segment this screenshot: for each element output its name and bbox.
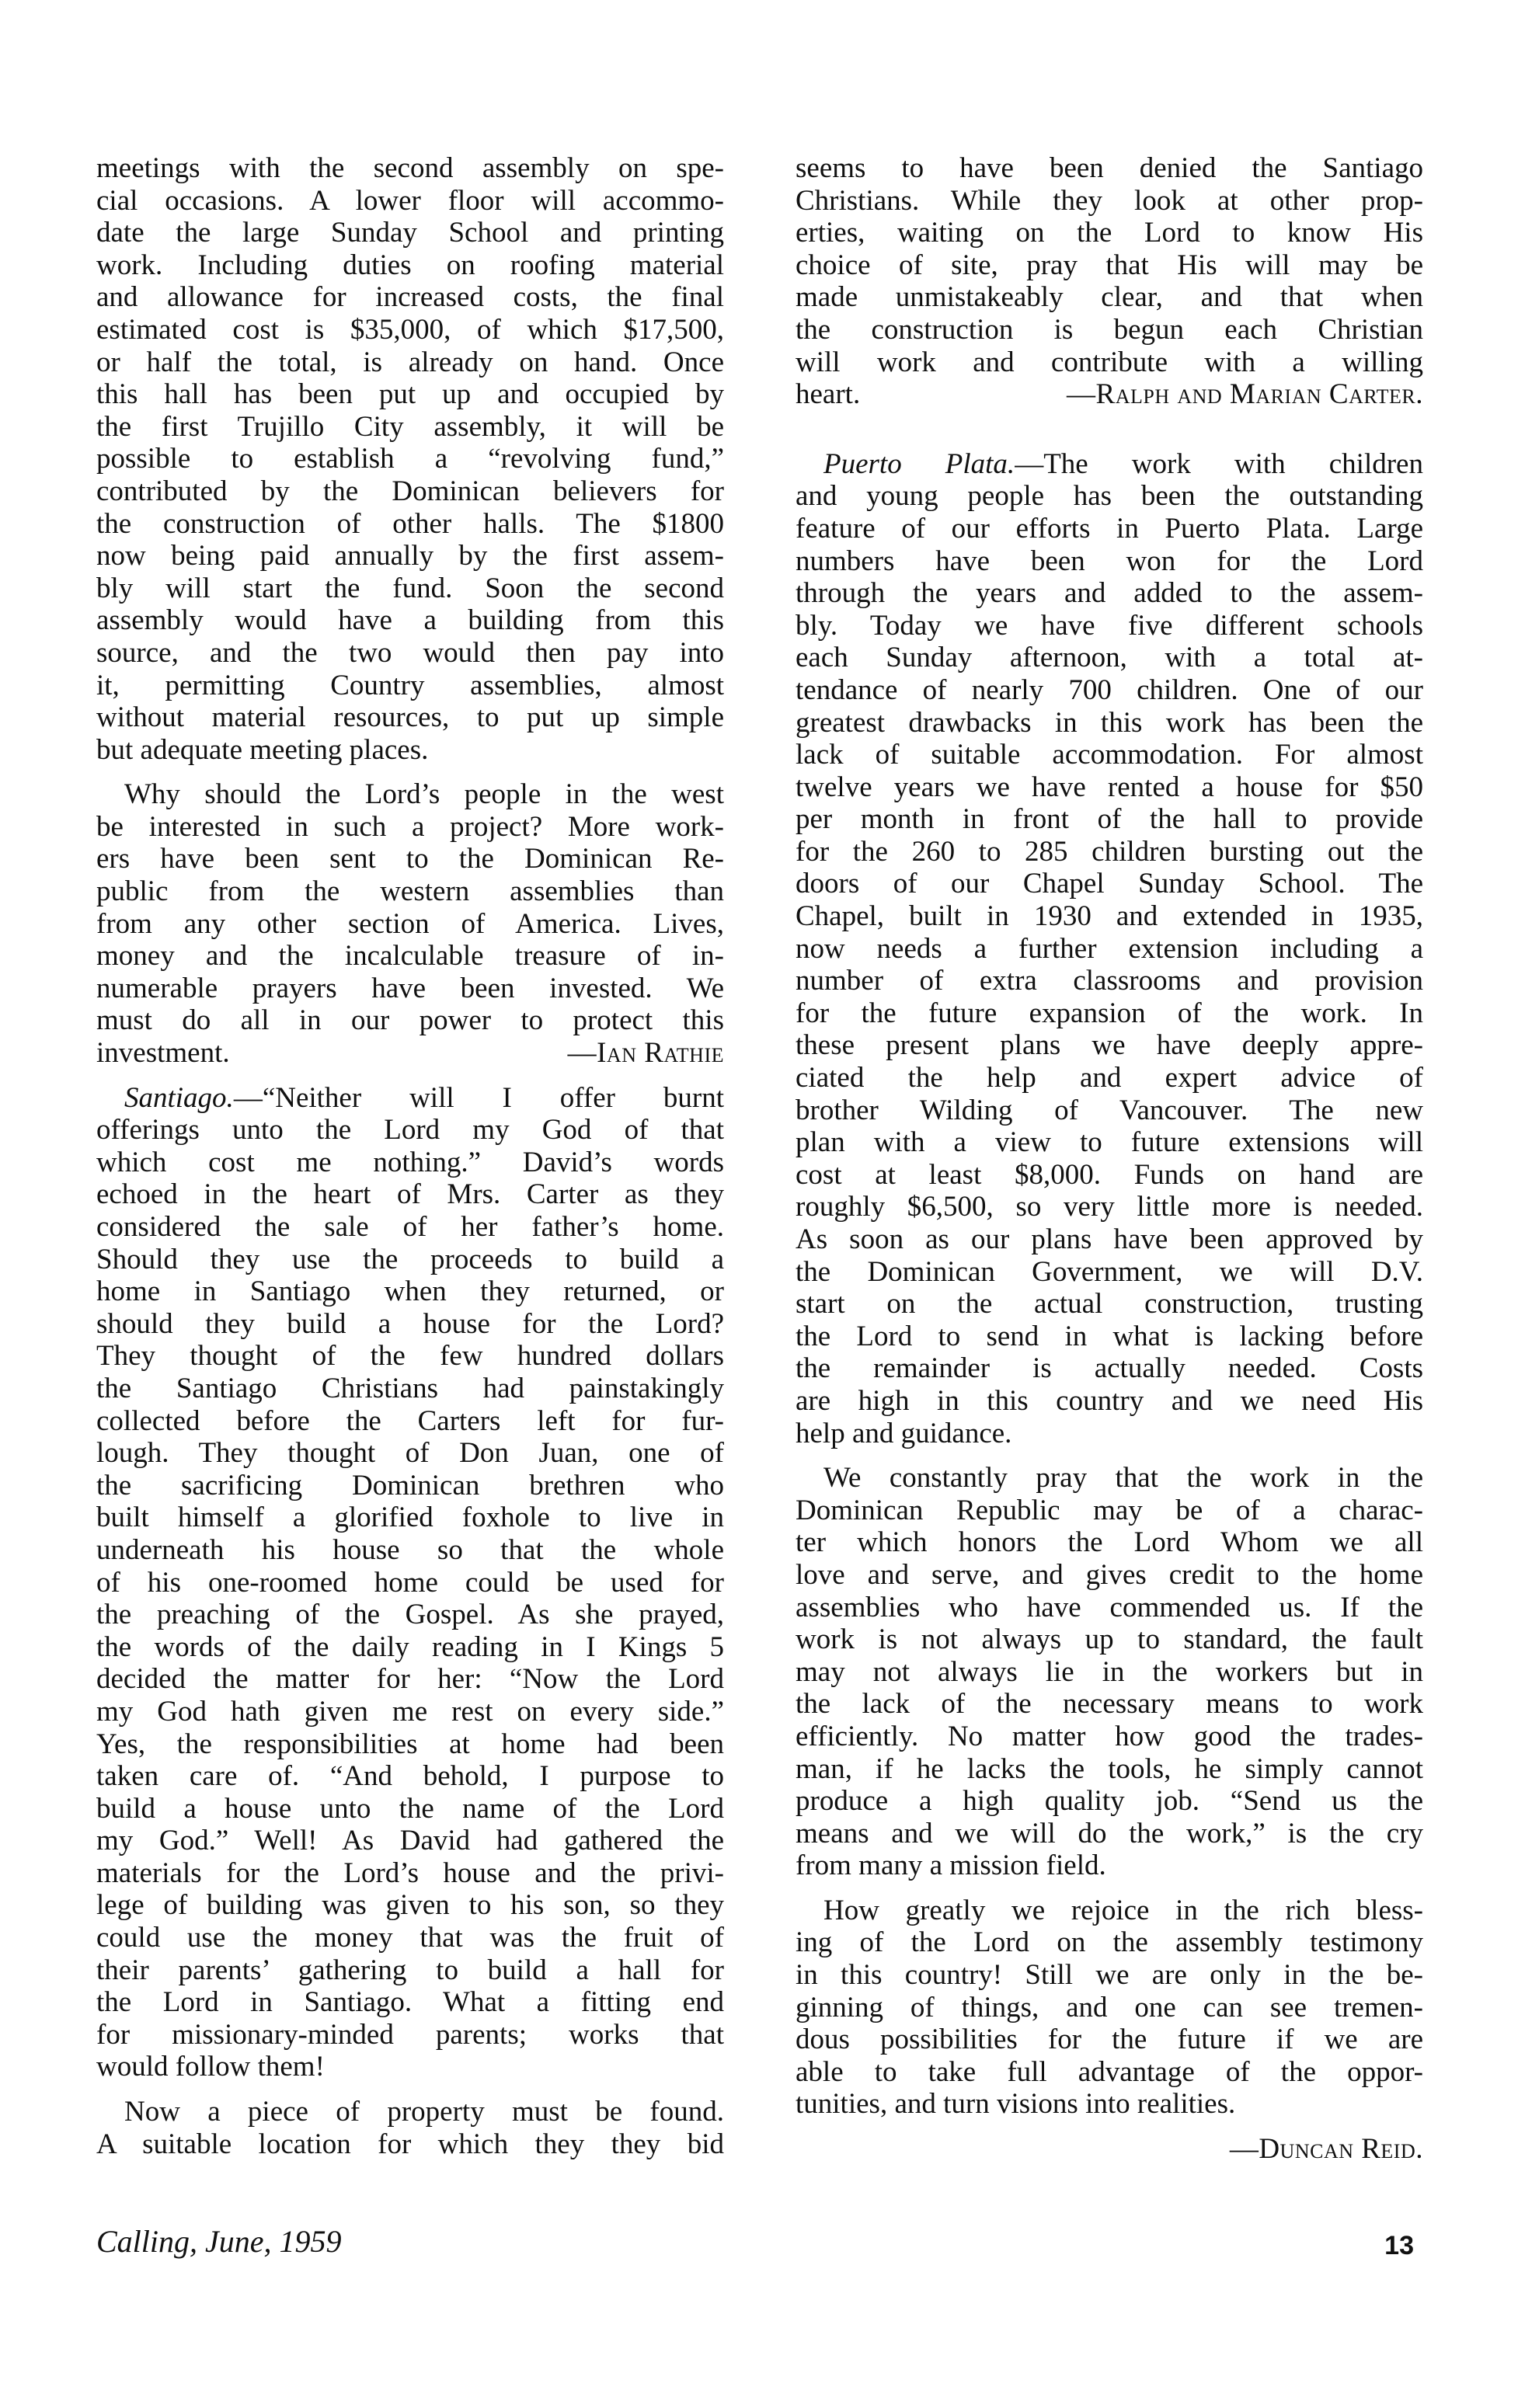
- paragraph-line: ers have been sent to the Dominican Re-: [96, 843, 724, 875]
- paragraph-line: contributed by the Dominican believers f…: [96, 475, 724, 508]
- paragraph-line: Christians. While they look at other pro…: [796, 185, 1423, 217]
- paragraph-gap: [796, 2121, 1423, 2133]
- paragraph-line: As soon as our plans have been approved …: [796, 1223, 1423, 1256]
- paragraph-line: without material resources, to put up si…: [96, 701, 724, 734]
- section-heading: Puerto Plata.: [823, 448, 1015, 480]
- paragraph-line: lack of suitable accommodation. For almo…: [796, 739, 1423, 771]
- paragraph-line: tendance of nearly 700 children. One of …: [796, 674, 1423, 707]
- paragraph-line: cial occasions. A lower floor will accom…: [96, 185, 724, 217]
- paragraph-line: Why should the Lord’s people in the west: [96, 778, 724, 811]
- paragraph-line: assembly would have a building from this: [96, 604, 724, 637]
- paragraph-line: the remainder is actually needed. Costs: [796, 1352, 1423, 1385]
- paragraph-line: erties, waiting on the Lord to know His: [796, 217, 1423, 249]
- paragraph-line: offerings unto the Lord my God of that: [96, 1114, 724, 1147]
- paragraph-line: money and the incalculable treasure of i…: [96, 940, 724, 973]
- section-heading: Santiago.: [124, 1082, 234, 1114]
- paragraph-line: will work and contribute with a willing: [796, 346, 1423, 379]
- section-first-text: —“Neither will I offer burnt: [234, 1082, 724, 1114]
- paragraph-line: now being paid annually by the first ass…: [96, 540, 724, 572]
- paragraph-line: ginning of things, and one can see treme…: [796, 1992, 1423, 2024]
- paragraph-line: the Dominican Government, we will D.V.: [796, 1256, 1423, 1289]
- paragraph-line: the sacrificing Dominican brethren who: [96, 1470, 724, 1502]
- paragraph-line: the Lord in Santiago. What a fitting end: [96, 1986, 724, 2019]
- paragraph-line: must do all in our power to protect this: [96, 1004, 724, 1037]
- paragraph-line: decided the matter for her: “Now the Lor…: [96, 1663, 724, 1696]
- paragraph-line: bly will start the fund. Soon the second: [96, 572, 724, 605]
- paragraph-line: for the future expansion of the work. In: [796, 997, 1423, 1030]
- paragraph-line: and allowance for increased costs, the f…: [96, 281, 724, 314]
- author-signature: —Ralph and Marian Carter.: [1067, 378, 1423, 411]
- paragraph-line: produce a high quality job. “Send us the: [796, 1785, 1423, 1818]
- paragraph-line: per month in front of the hall to provid…: [796, 803, 1423, 836]
- paragraph-line: my God hath given me rest on every side.…: [96, 1696, 724, 1728]
- paragraph-line: numerable prayers have been invested. We: [96, 973, 724, 1005]
- paragraph-line: means and we will do the work,” is the c…: [796, 1818, 1423, 1850]
- paragraph-line: cost at least $8,000. Funds on hand are: [796, 1159, 1423, 1192]
- paragraph-line: public from the western assemblies than: [96, 875, 724, 908]
- paragraph-line: help and guidance.: [796, 1418, 1423, 1450]
- paragraph-line: lege of building was given to his son, s…: [96, 1889, 724, 1922]
- paragraph-line: their parents’ gathering to build a hall…: [96, 1954, 724, 1987]
- paragraph-line: these present plans we have deeply appre…: [796, 1029, 1423, 1062]
- paragraph-line: dous possibilities for the future if we …: [796, 2023, 1423, 2056]
- paragraph-line: could use the money that was the fruit o…: [96, 1922, 724, 1954]
- paragraph-line: tunities, and turn visions into realitie…: [796, 2088, 1423, 2121]
- paragraph-line: now needs a further extension including …: [796, 933, 1423, 966]
- paragraph-end: heart.: [796, 378, 860, 411]
- paragraph-line: each Sunday afternoon, with a total at-: [796, 642, 1423, 674]
- paragraph-line: meetings with the second assembly on spe…: [96, 152, 724, 185]
- paragraph-gap: [96, 766, 724, 778]
- paragraph-line: in this country! Still we are only in th…: [796, 1959, 1423, 1992]
- author-signature: —Ian Rathie: [568, 1037, 724, 1070]
- section-heading-line: Santiago.—“Neither will I offer burnt: [96, 1082, 724, 1115]
- paragraph-line: Chapel, built in 1930 and extended in 19…: [796, 900, 1423, 933]
- paragraph-line: from any other section of America. Lives…: [96, 908, 724, 941]
- paragraph-line: roughly $6,500, so very little more is n…: [796, 1191, 1423, 1223]
- paragraph-line: They thought of the few hundred dollars: [96, 1340, 724, 1373]
- paragraph-line: it, permitting Country assemblies, almos…: [96, 670, 724, 702]
- paragraph-line: A suitable location for which they they …: [96, 2128, 724, 2161]
- paragraph-line: date the large Sunday School and printin…: [96, 217, 724, 249]
- paragraph-line: from many a mission field.: [796, 1849, 1423, 1882]
- paragraph-gap: [796, 1882, 1423, 1895]
- paragraph-line: plan with a view to future extensions wi…: [796, 1126, 1423, 1159]
- signature-line: heart.—Ralph and Marian Carter.: [796, 378, 1423, 411]
- paragraph-line: materials for the Lord’s house and the p…: [96, 1857, 724, 1890]
- paragraph-line: the Lord to send in what is lacking befo…: [796, 1321, 1423, 1353]
- paragraph-line: the words of the daily reading in I King…: [96, 1631, 724, 1664]
- paragraph-line: collected before the Carters left for fu…: [96, 1405, 724, 1438]
- paragraph-line: echoed in the heart of Mrs. Carter as th…: [96, 1178, 724, 1211]
- paragraph-line: ing of the Lord on the assembly testimon…: [796, 1926, 1423, 1959]
- paragraph-line: assemblies who have commended us. If the: [796, 1592, 1423, 1624]
- paragraph-line: home in Santiago when they returned, or: [96, 1275, 724, 1308]
- paragraph-line: We constantly pray that the work in the: [796, 1462, 1423, 1495]
- section-first-text: —The work with children: [1015, 448, 1423, 480]
- paragraph-line: ciated the help and expert advice of: [796, 1062, 1423, 1094]
- paragraph-line: able to take full advantage of the oppor…: [796, 2056, 1423, 2089]
- paragraph-line: are high in this country and we need His: [796, 1385, 1423, 1418]
- paragraph-line: for missionary-minded parents; works tha…: [96, 2019, 724, 2051]
- paragraph-line: the lack of the necessary means to work: [796, 1688, 1423, 1721]
- paragraph-line: possible to establish a “revolving fund,…: [96, 443, 724, 475]
- paragraph-line: built himself a glorified foxhole to liv…: [96, 1502, 724, 1534]
- paragraph-line: bly. Today we have five different school…: [796, 610, 1423, 642]
- publication-footer: Calling, June, 1959: [96, 2223, 342, 2260]
- paragraph-line: efficiently. No matter how good the trad…: [796, 1721, 1423, 1753]
- paragraph-gap: [796, 1449, 1423, 1462]
- paragraph-gap: [96, 2083, 724, 2096]
- paragraph-line: should they build a house for the Lord?: [96, 1308, 724, 1341]
- paragraph-line: but adequate meeting places.: [96, 734, 724, 767]
- right-column: seems to have been denied the SantiagoCh…: [796, 152, 1423, 2166]
- paragraph-line: would follow them!: [96, 2051, 724, 2083]
- paragraph-line: for the 260 to 285 children bursting out…: [796, 836, 1423, 868]
- paragraph-line: number of extra classrooms and provision: [796, 965, 1423, 997]
- paragraph-gap: [96, 1070, 724, 1082]
- paragraph-line: feature of our efforts in Puerto Plata. …: [796, 513, 1423, 545]
- paragraph-line: greatest drawbacks in this work has been…: [796, 707, 1423, 739]
- paragraph-line: and young people has been the outstandin…: [796, 480, 1423, 513]
- section-heading-line: Puerto Plata.—The work with children: [796, 448, 1423, 481]
- paragraph-line: may not always lie in the workers but in: [796, 1656, 1423, 1689]
- paragraph-line: which cost me nothing.” David’s words: [96, 1147, 724, 1179]
- paragraph-line: love and serve, and gives credit to the …: [796, 1559, 1423, 1592]
- paragraph-line: underneath his house so that the whole: [96, 1534, 724, 1567]
- paragraph-line: of his one-roomed home could be used for: [96, 1567, 724, 1599]
- paragraph-end: investment.: [96, 1037, 230, 1070]
- paragraph-line: choice of site, pray that His will may b…: [796, 249, 1423, 282]
- paragraph-line: through the years and added to the assem…: [796, 577, 1423, 610]
- paragraph-line: source, and the two would then pay into: [96, 637, 724, 670]
- paragraph-line: ter which honors the Lord Whom we all: [796, 1526, 1423, 1559]
- paragraph-line: the preaching of the Gospel. As she pray…: [96, 1599, 724, 1631]
- paragraph-line: the construction of other halls. The $18…: [96, 508, 724, 541]
- paragraph-line: How greatly we rejoice in the rich bless…: [796, 1895, 1423, 1927]
- paragraph-line: twelve years we have rented a house for …: [796, 771, 1423, 804]
- paragraph-line: build a house unto the name of the Lord: [96, 1793, 724, 1825]
- paragraph-line: doors of our Chapel Sunday School. The: [796, 868, 1423, 900]
- signature-line: investment.—Ian Rathie: [96, 1037, 724, 1070]
- left-column: meetings with the second assembly on spe…: [96, 152, 724, 2160]
- paragraph-line: considered the sale of her father’s home…: [96, 1211, 724, 1244]
- paragraph-line: estimated cost is $35,000, of which $17,…: [96, 314, 724, 346]
- paragraph-line: the Santiago Christians had painstakingl…: [96, 1373, 724, 1405]
- paragraph-line: my God.” Well! As David had gathered the: [96, 1825, 724, 1857]
- paragraph-line: work. Including duties on roofing materi…: [96, 249, 724, 282]
- paragraph-line: brother Wilding of Vancouver. The new: [796, 1094, 1423, 1127]
- paragraph-line: man, if he lacks the tools, he simply ca…: [796, 1753, 1423, 1786]
- paragraph-line: this hall has been put up and occupied b…: [96, 378, 724, 411]
- paragraph-line: be interested in such a project? More wo…: [96, 811, 724, 844]
- page-number: 13: [1384, 2231, 1414, 2261]
- paragraph-line: the first Trujillo City assembly, it wil…: [96, 411, 724, 444]
- paragraph-line: Now a piece of property must be found.: [96, 2096, 724, 2128]
- paragraph-line: seems to have been denied the Santiago: [796, 152, 1423, 185]
- paragraph-line: Yes, the responsibilities at home had be…: [96, 1728, 724, 1761]
- paragraph-line: or half the total, is already on hand. O…: [96, 346, 724, 379]
- author-signature: —Duncan Reid.: [796, 2133, 1423, 2166]
- paragraph-line: lough. They thought of Don Juan, one of: [96, 1437, 724, 1470]
- paragraph-line: taken care of. “And behold, I purpose to: [96, 1760, 724, 1793]
- paragraph-line: numbers have been won for the Lord: [796, 545, 1423, 578]
- paragraph-line: Dominican Republic may be of a charac-: [796, 1495, 1423, 1527]
- paragraph-line: Should they use the proceeds to build a: [96, 1244, 724, 1276]
- paragraph-line: the construction is begun each Christian: [796, 314, 1423, 346]
- paragraph-line: start on the actual construction, trusti…: [796, 1288, 1423, 1321]
- paragraph-line: made unmistakeably clear, and that when: [796, 281, 1423, 314]
- paragraph-line: work is not always up to standard, the f…: [796, 1623, 1423, 1656]
